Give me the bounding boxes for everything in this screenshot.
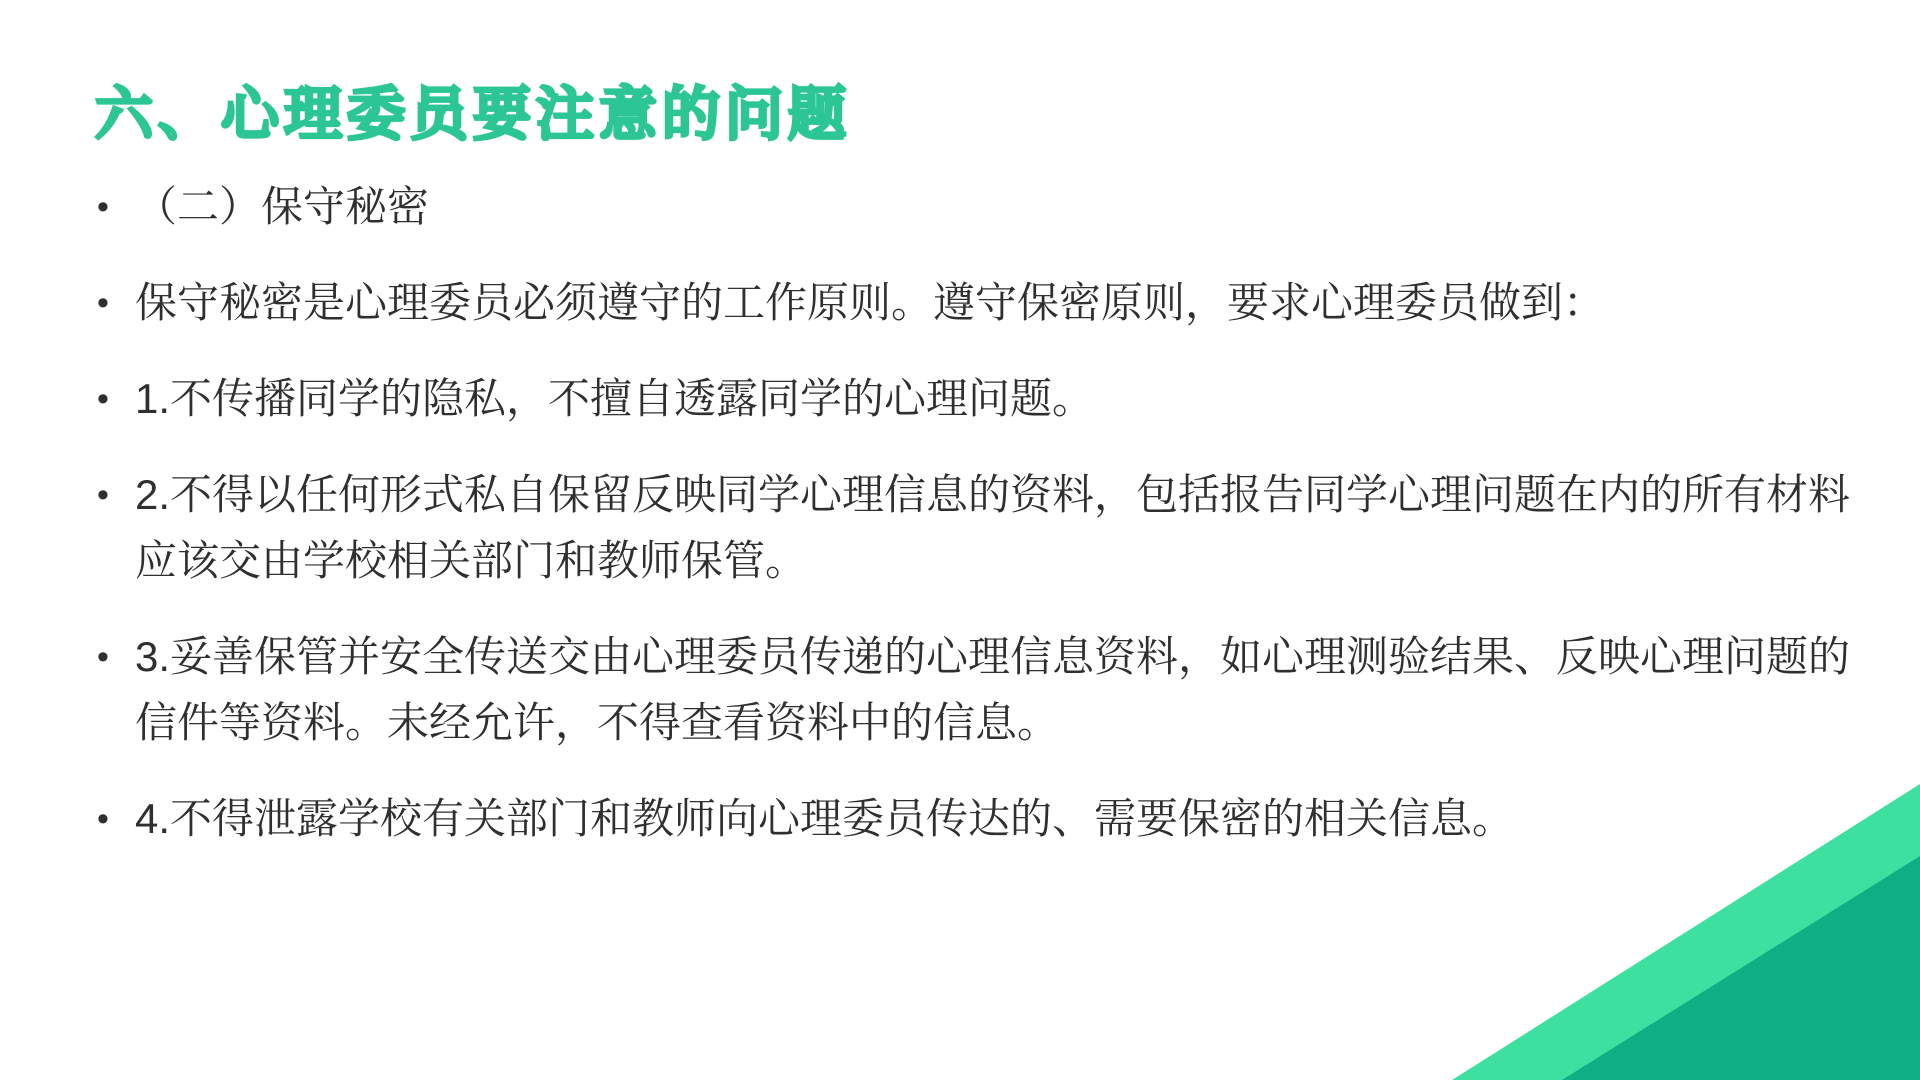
bullet-list: • （二）保守秘密 • 保守秘密是心理委员必须遵守的工作原则。遵守保密原则，要求… (97, 174, 1865, 882)
bullet-dot: • (97, 462, 135, 528)
bullet-dot: • (97, 174, 135, 240)
bullet-dot: • (97, 624, 135, 690)
bullet-text: 3.妥善保管并安全传送交由心理委员传递的心理信息资料，如心理测验结果、反映心理问… (135, 624, 1865, 756)
bullet-dot: • (97, 270, 135, 336)
bullet-text: 4.不得泄露学校有关部门和教师向心理委员传达的、需要保密的相关信息。 (135, 786, 1865, 852)
bullet-text: （二）保守秘密 (135, 174, 1865, 240)
bullet-item-rule-1: • 1.不传播同学的隐私，不擅自透露同学的心理问题。 (97, 366, 1865, 432)
bullet-dot: • (97, 366, 135, 432)
bullet-text: 2.不得以任何形式私自保留反映同学心理信息的资料，包括报告同学心理问题在内的所有… (135, 462, 1865, 594)
bullet-text: 1.不传播同学的隐私，不擅自透露同学的心理问题。 (135, 366, 1865, 432)
bullet-text: 保守秘密是心理委员必须遵守的工作原则。遵守保密原则，要求心理委员做到： (135, 270, 1865, 336)
bullet-item-principle-intro: • 保守秘密是心理委员必须遵守的工作原则。遵守保密原则，要求心理委员做到： (97, 270, 1865, 336)
bullet-item-rule-3: • 3.妥善保管并安全传送交由心理委员传递的心理信息资料，如心理测验结果、反映心… (97, 624, 1865, 756)
bullet-item-rule-4: • 4.不得泄露学校有关部门和教师向心理委员传达的、需要保密的相关信息。 (97, 786, 1865, 852)
presentation-slide: 六、心理委员要注意的问题 • （二）保守秘密 • 保守秘密是心理委员必须遵守的工… (0, 0, 1920, 1080)
bullet-item-section-heading: • （二）保守秘密 (97, 174, 1865, 240)
bullet-item-rule-2: • 2.不得以任何形式私自保留反映同学心理信息的资料，包括报告同学心理问题在内的… (97, 462, 1865, 594)
slide-title: 六、心理委员要注意的问题 (95, 67, 851, 151)
bullet-dot: • (97, 786, 135, 852)
